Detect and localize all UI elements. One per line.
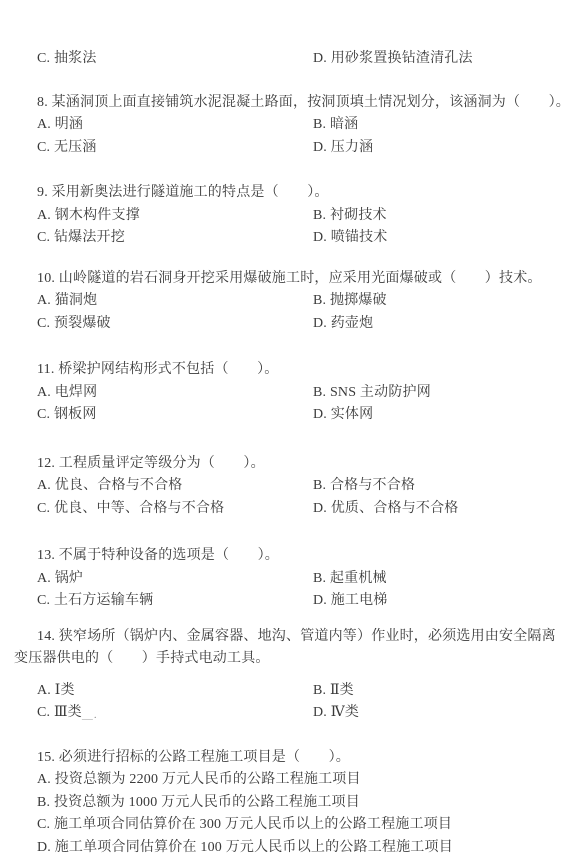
question-11-option-d: D. 实体网	[313, 404, 572, 427]
pencil-mark-artifact: ＿.	[82, 709, 98, 721]
question-14-stem-line2: 变压器供电的（ ）手持式电动工具。	[14, 648, 572, 671]
question-15-option-b: B. 投资总额为 1000 万元人民币的公路工程施工项目	[37, 792, 572, 815]
question-9-option-d: D. 喷锚技术	[313, 227, 572, 250]
question-15: 15. 必须进行招标的公路工程施工项目是（ ）。 A. 投资总额为 2200 万…	[14, 747, 572, 859]
question-10-option-b: B. 抛掷爆破	[313, 290, 572, 313]
question-15-option-c: C. 施工单项合同估算价在 300 万元人民币以上的公路工程施工项目	[37, 814, 572, 837]
question-15-options: A. 投资总额为 2200 万元人民币的公路工程施工项目 B. 投资总额为 10…	[14, 769, 572, 859]
question-8-option-a: A. 明涵	[37, 114, 313, 137]
question-10-stem: 10. 山岭隧道的岩石洞身开挖采用爆破施工时，应采用光面爆破或（ ）技术。	[14, 268, 572, 291]
question-14: 14. 狭窄场所（锅炉内、金属容器、地沟、管道内等）作业时，必须选用由安全隔离 …	[14, 626, 572, 727]
question-11-stem: 11. 桥梁护网结构形式不包括（ ）。	[14, 359, 572, 382]
question-11-option-a: A. 电焊网	[37, 382, 313, 405]
question-14-option-c-text: C. Ⅲ类	[37, 705, 82, 720]
question-15-option-a: A. 投资总额为 2200 万元人民币的公路工程施工项目	[37, 769, 572, 792]
question-10-option-a: A. 猫洞炮	[37, 290, 313, 313]
question-8-stem: 8. 某涵洞顶上面直接铺筑水泥混凝土路面，按洞顶填土情况划分，该涵洞为（ ）。	[14, 92, 572, 115]
question-12-option-d: D. 优质、合格与不合格	[313, 498, 572, 521]
question-9-options: A. 钢木构件支撑 B. 衬砌技术 C. 钻爆法开挖 D. 喷锚技术	[37, 205, 572, 250]
question-13-option-b: B. 起重机械	[313, 568, 572, 591]
question-14-stem-line1: 14. 狭窄场所（锅炉内、金属容器、地沟、管道内等）作业时，必须选用由安全隔离	[14, 626, 572, 649]
question-11-options: A. 电焊网 B. SNS 主动防护网 C. 钢板网 D. 实体网	[37, 382, 572, 427]
question-9-option-c: C. 钻爆法开挖	[37, 227, 313, 250]
question-12-option-b: B. 合格与不合格	[313, 475, 572, 498]
question-12-stem: 12. 工程质量评定等级分为（ ）。	[14, 453, 572, 476]
question-13-option-a: A. 锅炉	[37, 568, 313, 591]
question-10-options: A. 猫洞炮 B. 抛掷爆破 C. 预裂爆破 D. 药壶炮	[37, 290, 572, 335]
question-11-option-b: B. SNS 主动防护网	[313, 382, 572, 405]
question-10-option-c: C. 预裂爆破	[37, 313, 313, 336]
question-13-option-c: C. 土石方运输车辆	[37, 590, 313, 613]
prev-question-options-row: C. 抽浆法 D. 用砂浆置换钻渣清孔法	[37, 48, 572, 71]
question-14-option-c: C. Ⅲ类＿.	[37, 702, 313, 727]
question-12-option-c: C. 优良、中等、合格与不合格	[37, 498, 313, 521]
prev-option-c: C. 抽浆法	[37, 48, 313, 71]
question-12: 12. 工程质量评定等级分为（ ）。 A. 优良、合格与不合格 B. 合格与不合…	[14, 453, 572, 521]
question-14-option-a: A. Ⅰ类	[37, 680, 313, 703]
question-8-options: A. 明涵 B. 暗涵 C. 无压涵 D. 压力涵	[37, 114, 572, 159]
question-10: 10. 山岭隧道的岩石洞身开挖采用爆破施工时，应采用光面爆破或（ ）技术。 A.…	[14, 268, 572, 336]
question-8-option-d: D. 压力涵	[313, 137, 572, 160]
exam-page: C. 抽浆法 D. 用砂浆置换钻渣清孔法 8. 某涵洞顶上面直接铺筑水泥混凝土路…	[0, 0, 580, 859]
prev-option-d: D. 用砂浆置换钻渣清孔法	[313, 48, 572, 71]
question-13-option-d: D. 施工电梯	[313, 590, 572, 613]
question-13-options: A. 锅炉 B. 起重机械 C. 土石方运输车辆 D. 施工电梯	[37, 568, 572, 613]
question-8-option-c: C. 无压涵	[37, 137, 313, 160]
question-11-option-c: C. 钢板网	[37, 404, 313, 427]
question-12-option-a: A. 优良、合格与不合格	[37, 475, 313, 498]
question-9-option-a: A. 钢木构件支撑	[37, 205, 313, 228]
question-15-option-d: D. 施工单项合同估算价在 100 万元人民币以上的公路工程施工项目	[37, 837, 572, 859]
question-8: 8. 某涵洞顶上面直接铺筑水泥混凝土路面，按洞顶填土情况划分，该涵洞为（ ）。 …	[14, 92, 572, 160]
question-13: 13. 不属于特种设备的选项是（ ）。 A. 锅炉 B. 起重机械 C. 土石方…	[14, 545, 572, 613]
question-14-options: A. Ⅰ类 B. Ⅱ类 C. Ⅲ类＿. D. Ⅳ类	[37, 680, 572, 727]
question-9-option-b: B. 衬砌技术	[313, 205, 572, 228]
question-14-option-b: B. Ⅱ类	[313, 680, 572, 703]
question-8-option-b: B. 暗涵	[313, 114, 572, 137]
prev-question-options: C. 抽浆法 D. 用砂浆置换钻渣清孔法	[14, 48, 572, 71]
question-9: 9. 采用新奥法进行隧道施工的特点是（ ）。 A. 钢木构件支撑 B. 衬砌技术…	[14, 182, 572, 250]
question-14-option-d: D. Ⅳ类	[313, 702, 572, 727]
question-9-stem: 9. 采用新奥法进行隧道施工的特点是（ ）。	[14, 182, 572, 205]
question-12-options: A. 优良、合格与不合格 B. 合格与不合格 C. 优良、中等、合格与不合格 D…	[37, 475, 572, 520]
question-13-stem: 13. 不属于特种设备的选项是（ ）。	[14, 545, 572, 568]
question-11: 11. 桥梁护网结构形式不包括（ ）。 A. 电焊网 B. SNS 主动防护网 …	[14, 359, 572, 427]
question-10-option-d: D. 药壶炮	[313, 313, 572, 336]
question-15-stem: 15. 必须进行招标的公路工程施工项目是（ ）。	[14, 747, 572, 770]
